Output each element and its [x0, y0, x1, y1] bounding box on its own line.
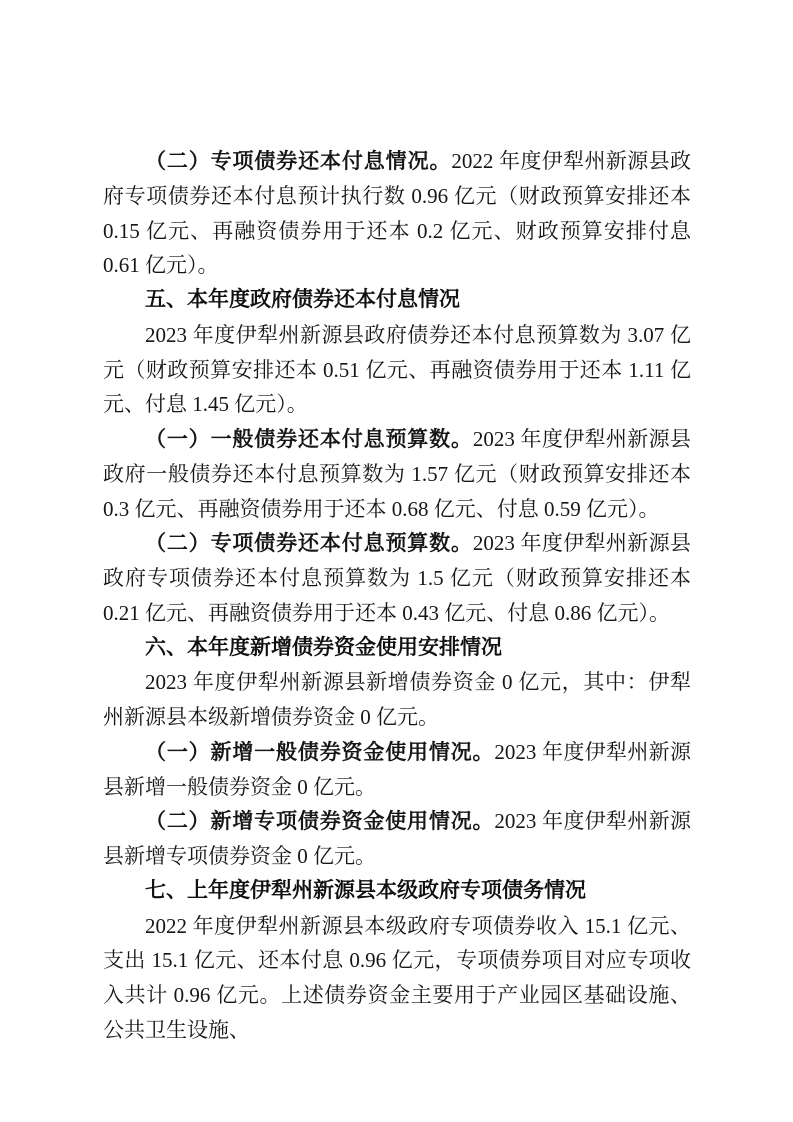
para-special-bond-repayment-2022: （二）专项债券还本付息情况。2022 年度伊犁州新源县政府专项债券还本付息预计执…: [103, 144, 691, 283]
heading-section-7: 七、上年度伊犁州新源县本级政府专项债务情况: [103, 874, 691, 909]
document-page: （二）专项债券还本付息情况。2022 年度伊犁州新源县政府专项债券还本付息预计执…: [0, 0, 793, 1122]
para-new-general-bond-funds: （一）新增一般债券资金使用情况。2023 年度伊犁州新源县新增一般债券资金 0 …: [103, 735, 691, 805]
para-new-special-bond-funds: （二）新增专项债券资金使用情况。2023 年度伊犁州新源县新增专项债券资金 0 …: [103, 804, 691, 874]
para-2022-special-debt-summary: 2022 年度伊犁州新源县本级政府专项债券收入 15.1 亿元、支出 15.1 …: [103, 909, 691, 1048]
para-2023-total-repayment-budget: 2023 年度伊犁州新源县政府债券还本付息预算数为 3.07 亿元（财政预算安排…: [103, 318, 691, 422]
paragraph-text: 2023 年度伊犁州新源县新增债券资金 0 亿元，其中：伊犁州新源县本级新增债券…: [103, 670, 691, 729]
para-special-bond-repayment-budget: （二）专项债券还本付息预算数。2023 年度伊犁州新源县政府专项债券还本付息预算…: [103, 526, 691, 630]
para-general-bond-repayment-budget: （一）一般债券还本付息预算数。2023 年度伊犁州新源县政府一般债券还本付息预算…: [103, 422, 691, 526]
heading-section-6: 六、本年度新增债券资金使用安排情况: [103, 631, 691, 666]
para-new-bond-funds: 2023 年度伊犁州新源县新增债券资金 0 亿元，其中：伊犁州新源县本级新增债券…: [103, 665, 691, 735]
heading-section-5: 五、本年度政府债券还本付息情况: [103, 283, 691, 318]
paragraph-lead: （一）新增一般债券资金使用情况。: [145, 740, 494, 764]
paragraph-lead: （一）一般债券还本付息预算数。: [145, 427, 473, 451]
paragraph-lead: （二）专项债券还本付息预算数。: [145, 531, 473, 555]
paragraph-lead: （二）新增专项债券资金使用情况。: [145, 809, 494, 833]
paragraph-text: 2022 年度伊犁州新源县本级政府专项债券收入 15.1 亿元、支出 15.1 …: [103, 914, 691, 1042]
paragraph-text: 2023 年度伊犁州新源县政府债券还本付息预算数为 3.07 亿元（财政预算安排…: [103, 323, 691, 417]
paragraph-lead: （二）专项债券还本付息情况。: [145, 149, 451, 173]
